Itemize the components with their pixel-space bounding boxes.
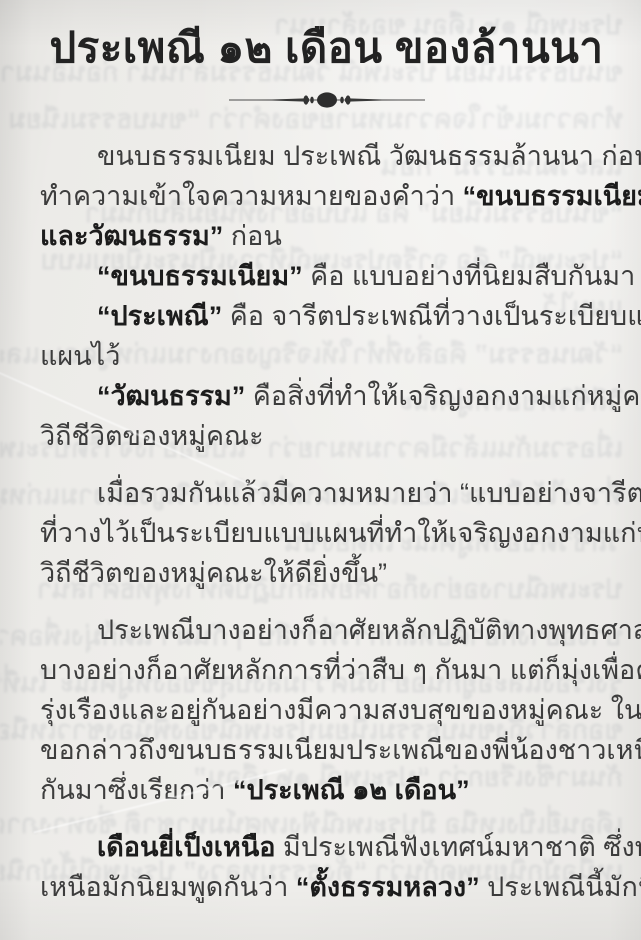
text-segment: ที่วางไว้เป็นระเบียบแบบแผนที่ทำให้เจริญง… [40,518,641,548]
body-text: ขนบธรรมเนียม ประเพณี วัฒนธรรมล้านนา ก่อน… [40,136,613,907]
text-segment: คือ แบบอย่างที่นิยมสืบกันมา [303,261,636,291]
text-segment: ขนบธรรมเนียม ประเพณี วัฒนธรรมล้านนา ก่อน… [97,141,641,171]
text-line: ขอกล่าวถึงขนบธรรมเนียมประเพณีของพี่น้องช… [40,730,613,770]
text-segment: คือ จารีตประเพณีที่วางเป็นระเบียบแบบ [222,301,641,331]
text-line: และวัฒนธรรม” ก่อน [40,216,613,256]
text-segment: เมื่อรวมกันแล้วมีความหมายว่า “แบบอย่างจา… [97,478,641,508]
page-content: ประเพณี ๑๒ เดือน ของล้านนา ขนบธรรมเนียม … [0,0,641,907]
bold-term: “ขนบธรรมเนียม ประเพณี [463,181,641,211]
text-line: วิถีชีวิตของหมู่คณะให้ดียิ่งขึ้น” [40,553,613,593]
text-line: ขนบธรรมเนียม ประเพณี วัฒนธรรมล้านนา ก่อน… [40,136,613,176]
scanned-book-page: ประเพณี ๑๒ เดือน ของล้านนาขนบธรรมเนียม ป… [0,0,641,940]
text-segment: กันมาซึ่งเรียกว่า [40,775,233,805]
text-segment: แผนไว้ [40,341,120,371]
divider-ornament-icon [227,90,427,110]
page-title: ประเพณี ๑๒ เดือน ของล้านนา [40,22,613,74]
text-line: “ประเพณี” คือ จารีตประเพณีที่วางเป็นระเบ… [40,296,613,336]
text-line: แผนไว้ [40,336,613,376]
bold-term: “ตั้งธรรมหลวง” [296,872,480,902]
text-segment: ก่อน [223,221,282,251]
bold-term: เดือนยี่เป็งเหนือ [97,832,276,862]
text-segment: ประเพณีบางอย่างก็อาศัยหลักปฏิบัติทางพุทธ… [97,615,641,645]
text-line: “ขนบธรรมเนียม” คือ แบบอย่างที่นิยมสืบกัน… [40,256,613,296]
text-line: ทำความเข้าใจความหมายของคำว่า “ขนบธรรมเนี… [40,176,613,216]
paragraph: ประเพณีบางอย่างก็อาศัยหลักปฏิบัติทางพุทธ… [40,610,613,810]
bold-term: “ประเพณี” [97,301,222,331]
text-segment: วิถีชีวิตของหมู่คณะให้ดียิ่งขึ้น” [40,558,387,588]
text-line: เมื่อรวมกันแล้วมีความหมายว่า “แบบอย่างจา… [40,473,613,513]
bold-term: “วัฒนธรรม” [97,381,245,411]
text-segment: ทำความเข้าใจความหมายของคำว่า [40,181,463,211]
text-segment: มีประเพณีฟังเทศน์มหาชาติ ซึ่งทางภาค [276,832,641,862]
text-line: เดือนยี่เป็งเหนือ มีประเพณีฟังเทศน์มหาชา… [40,827,613,867]
text-segment: คือสิ่งที่ทำให้เจริญงอกงามแก่หมู่คณะและ [245,381,641,411]
text-line: เหนือมักนิยมพูดกันว่า “ตั้งธรรมหลวง” ประ… [40,867,613,907]
paragraph: เดือนยี่เป็งเหนือ มีประเพณีฟังเทศน์มหาชา… [40,827,613,907]
bold-term: “ขนบธรรมเนียม” [97,261,303,291]
paragraph: ขนบธรรมเนียม ประเพณี วัฒนธรรมล้านนา ก่อน… [40,136,613,256]
text-segment: ประเพณีนี้มักนิยมทำกัน [480,872,641,902]
text-line: บางอย่างก็อาศัยหลักการที่ว่าสืบ ๆ กันมา … [40,650,613,690]
text-line: “วัฒนธรรม” คือสิ่งที่ทำให้เจริญงอกงามแก่… [40,376,613,416]
paragraph: “ขนบธรรมเนียม” คือ แบบอย่างที่นิยมสืบกัน… [40,256,613,296]
bold-term: “ประเพณี ๑๒ เดือน” [233,775,470,805]
bold-term: และวัฒนธรรม” [40,221,223,251]
text-segment: บางอย่างก็อาศัยหลักการที่ว่าสืบ ๆ กันมา … [40,655,641,685]
text-line: วิถีชีวิตของหมู่คณะ [40,416,613,456]
text-line: รุ่งเรืองและอยู่กันอย่างมีความสงบสุขของห… [40,690,613,730]
paragraph: “วัฒนธรรม” คือสิ่งที่ทำให้เจริญงอกงามแก่… [40,376,613,456]
text-segment: ขอกล่าวถึงขนบธรรมเนียมประเพณีของพี่น้องช… [40,735,641,765]
text-line: ที่วางไว้เป็นระเบียบแบบแผนที่ทำให้เจริญง… [40,513,613,553]
text-line: ประเพณีบางอย่างก็อาศัยหลักปฏิบัติทางพุทธ… [40,610,613,650]
text-segment: วิถีชีวิตของหมู่คณะ [40,421,264,451]
paragraph: “ประเพณี” คือ จารีตประเพณีที่วางเป็นระเบ… [40,296,613,376]
text-line: กันมาซึ่งเรียกว่า “ประเพณี ๑๒ เดือน” [40,770,613,810]
text-segment: เหนือมักนิยมพูดกันว่า [40,872,296,902]
text-segment: รุ่งเรืองและอยู่กันอย่างมีความสงบสุขของห… [40,695,641,725]
paragraph: เมื่อรวมกันแล้วมีความหมายว่า “แบบอย่างจา… [40,473,613,593]
